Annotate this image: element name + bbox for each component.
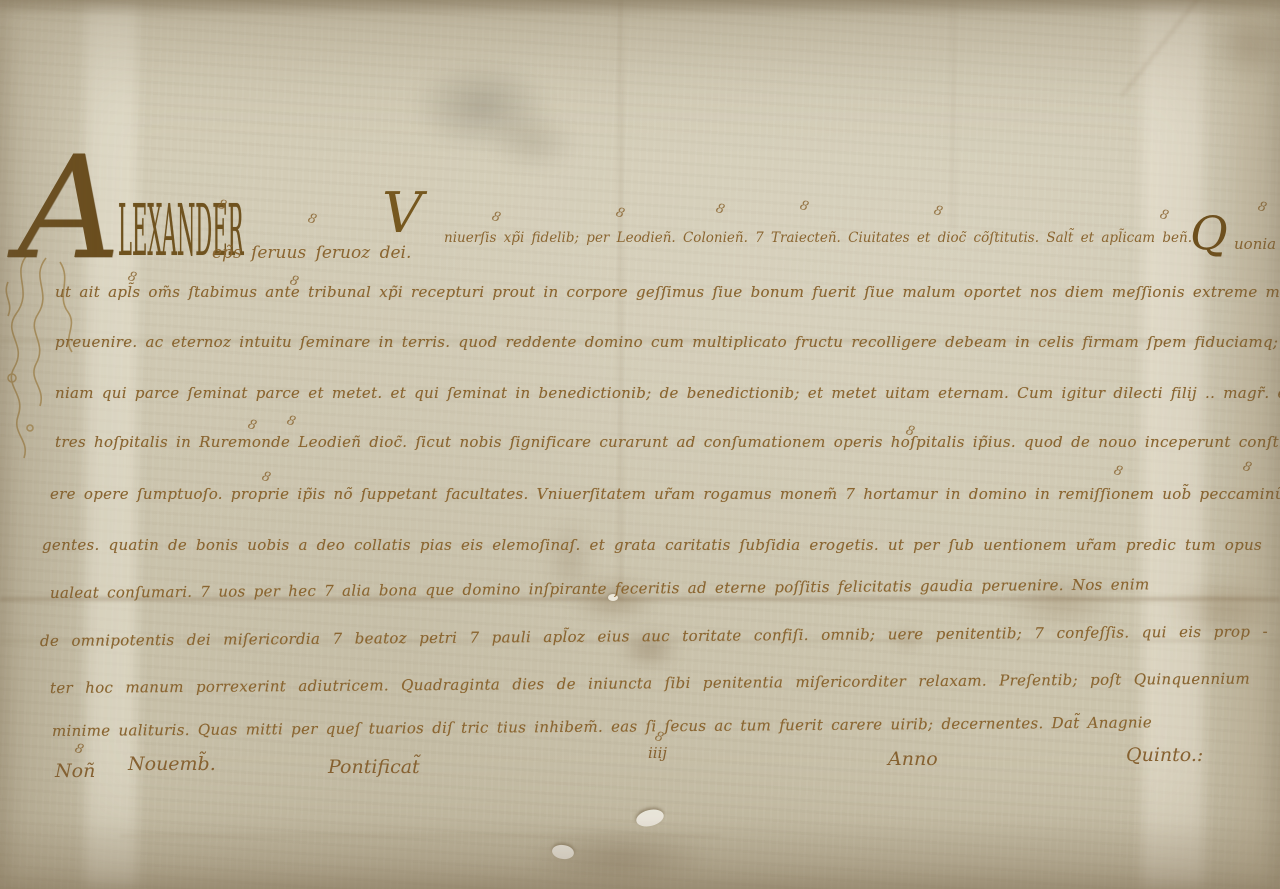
dateline-numeral: iiij <box>648 744 667 762</box>
address-text: niuerſis xp̃i fidelib; per Leodieñ. Colo… <box>444 230 1186 246</box>
parchment-charter: A LEXANDER ep̃s ſeruus ſeruoz dei. V niu… <box>0 0 1280 889</box>
stain <box>488 112 578 172</box>
abbreviation-mark: 8 <box>932 203 945 220</box>
quoniam-tail-text: uonia <box>1234 235 1276 253</box>
dateline-quinto: Quinto.: <box>1126 744 1203 766</box>
abbreviation-mark: 8 <box>490 209 503 226</box>
text-line: ter hoc manum porrexerint adiutricem. Qu… <box>50 670 1250 697</box>
text-line: preuenire. ac eternoz intuitu ſeminare i… <box>55 333 1266 351</box>
text-line: tres hoſpitalis in Ruremonde Leodieñ dio… <box>55 433 1264 451</box>
abbreviation-mark: 8 <box>1112 463 1125 480</box>
fold-crease-vertical <box>952 0 954 230</box>
text-line: ere opere ſumptuoſo. proprie ip̃is nõ ſu… <box>50 485 1264 503</box>
dateline-anno: Anno <box>888 748 938 770</box>
dateline-november: Nouemb̃. <box>128 753 216 775</box>
initial-letter-q: Q <box>1190 210 1228 256</box>
intitulatio-text: ep̃s ſeruus ſeruoz dei. <box>212 243 411 263</box>
abbreviation-mark: 8 <box>306 211 319 228</box>
abbreviation-mark: 8 <box>614 205 627 222</box>
text-line: niam qui parce ſeminat parce et metet. e… <box>55 384 1264 402</box>
abbreviation-mark: 8 <box>246 417 259 434</box>
text-line: ut ait apl̃s om̃s ſtabimus ante tribunal… <box>55 283 1264 301</box>
top-edge-shading <box>0 0 1280 16</box>
bottom-edge-shading <box>0 819 1280 889</box>
abbreviation-mark: 8 <box>798 198 811 215</box>
abbreviation-mark: 8 <box>285 413 298 430</box>
stain <box>1210 10 1280 80</box>
text-line: minime ualituris. Quas mitti per queſ tu… <box>52 713 1144 740</box>
abbreviation-mark: 8 <box>260 469 273 486</box>
abbreviation-mark: 8 <box>73 741 86 758</box>
abbreviation-mark: 8 <box>714 201 727 218</box>
initial-letter-a: A <box>18 138 121 280</box>
initial-letter-v: V <box>382 186 422 242</box>
dateline-nonas: Noñ <box>55 760 95 782</box>
text-line: gentes. quatin de bonis uobis a deo coll… <box>42 536 1262 554</box>
dateline-pontificat: Pontificat̃ <box>328 756 420 778</box>
